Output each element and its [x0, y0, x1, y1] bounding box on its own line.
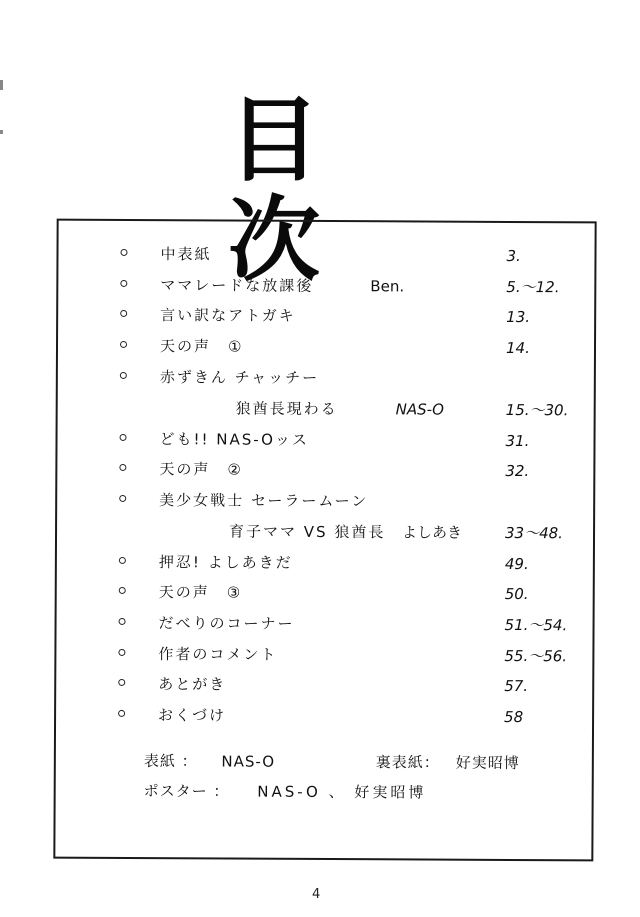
bullet-icon — [120, 272, 127, 298]
toc-pages: 33〜48. — [505, 520, 563, 546]
bullet-icon — [119, 549, 126, 575]
bullet-icon — [119, 487, 126, 513]
toc-title: 天の声 ③ — [159, 579, 243, 605]
bullet-icon — [120, 241, 127, 267]
bullet-icon — [118, 671, 125, 697]
toc-row: 赤ずきん チャッチー — [58, 364, 594, 393]
toc-pages: 51.〜54. — [504, 612, 567, 638]
cover-value: NAS-O — [221, 752, 275, 770]
toc-row: 育子ママ VS 狼酋長 よしあき 33〜48. — [57, 518, 593, 547]
back-cover-label: 裏表紙： — [376, 748, 440, 776]
bullet-icon — [119, 579, 126, 605]
poster-label: ポスター ： — [144, 782, 230, 800]
toc-title: だべりのコーナー — [158, 610, 294, 637]
toc-pages: 13. — [506, 304, 530, 330]
toc-title: 天の声 ② — [159, 456, 243, 482]
toc-title: おくづけ — [158, 702, 226, 728]
toc-title: 押忍! よしあきだ — [159, 549, 293, 576]
toc-pages: 15.〜30. — [506, 397, 569, 423]
toc-row: 美少女戦士 セーラームーン — [57, 487, 593, 516]
toc-row: だべりのコーナー 51.〜54. — [56, 610, 592, 639]
toc-pages: 49. — [505, 551, 529, 577]
toc-row: 押忍! よしあきだ 49. — [57, 549, 593, 578]
bullet-icon — [118, 702, 125, 728]
back-cover-value: 好実昭博 — [456, 749, 520, 777]
bullet-icon — [120, 302, 127, 328]
toc-author: Ben. — [370, 273, 404, 299]
toc-row: ども!! NAS-Oッス 31. — [57, 426, 593, 455]
toc-title: ママレードな放課後 — [160, 272, 313, 299]
toc-row: あとがき 57. — [56, 671, 592, 700]
toc-subtitle: 狼酋長現わる — [236, 396, 338, 423]
toc-row: 言い訳なアトガキ 13. — [58, 302, 594, 331]
bullet-icon — [119, 456, 126, 482]
scan-edge-mark — [0, 80, 3, 90]
toc-author: NAS-O — [396, 396, 444, 422]
toc-row: 天の声 ③ 50. — [57, 579, 593, 608]
scan-edge-mark — [0, 130, 3, 134]
toc-pages: 58 — [504, 704, 523, 730]
toc-pages: 5.〜12. — [506, 274, 559, 300]
toc-row: 狼酋長現わる NAS-O 15.〜30. — [58, 395, 594, 424]
toc-pages: 14. — [506, 335, 530, 361]
page-number: 4 — [312, 887, 320, 902]
bullet-icon — [120, 364, 127, 390]
toc-pages: 3. — [506, 243, 520, 269]
toc-pages: 55.〜56. — [504, 643, 567, 669]
toc-pages: 50. — [505, 581, 529, 607]
toc-row: 天の声 ② 32. — [57, 456, 593, 485]
credit-row-poster: ポスター ： NAS-O 、 好実昭博 — [144, 777, 427, 806]
toc-pages: 31. — [505, 428, 529, 454]
toc-subtitle: 育子ママ VS 狼酋長 — [229, 518, 385, 545]
toc-title: 美少女戦士 セーラームーン — [159, 487, 368, 514]
toc-title: 言い訳なアトガキ — [160, 302, 296, 329]
toc-title: ども!! NAS-Oッス — [159, 426, 309, 453]
toc-row: ママレードな放課後 Ben. 5.〜12. — [58, 272, 594, 301]
toc-author: よしあき — [402, 519, 462, 545]
toc-row: 中表紙 3. — [58, 241, 594, 270]
toc-pages: 32. — [505, 458, 529, 484]
toc-title: 天の声 ① — [160, 333, 244, 359]
toc-title: 赤ずきん チャッチー — [160, 364, 319, 391]
bullet-icon — [119, 426, 126, 452]
toc-pages: 57. — [504, 673, 528, 699]
credits-section: 表紙 ： NAS-O 裏表紙： 好実昭博 ポスター ： NAS-O 、 好実昭博 — [144, 747, 564, 809]
toc-title: 作者のコメント — [158, 641, 277, 668]
bullet-icon — [118, 610, 125, 636]
toc-row: おくづけ 58 — [56, 702, 592, 731]
table-of-contents-box: 中表紙 3. ママレードな放課後 Ben. 5.〜12. 言い訳なアトガキ 13… — [53, 219, 596, 862]
toc-title: 中表紙 — [160, 241, 211, 267]
toc-title: あとがき — [158, 671, 226, 697]
bullet-icon — [118, 641, 125, 667]
cover-label: 表紙 ： — [144, 752, 198, 770]
toc-row: 作者のコメント 55.〜56. — [56, 641, 592, 670]
poster-value: NAS-O 、 好実昭博 — [257, 783, 426, 802]
bullet-icon — [120, 333, 127, 359]
credit-row-cover: 表紙 ： NAS-O 裏表紙： 好実昭博 — [144, 747, 564, 777]
toc-row: 天の声 ① 14. — [58, 333, 594, 362]
